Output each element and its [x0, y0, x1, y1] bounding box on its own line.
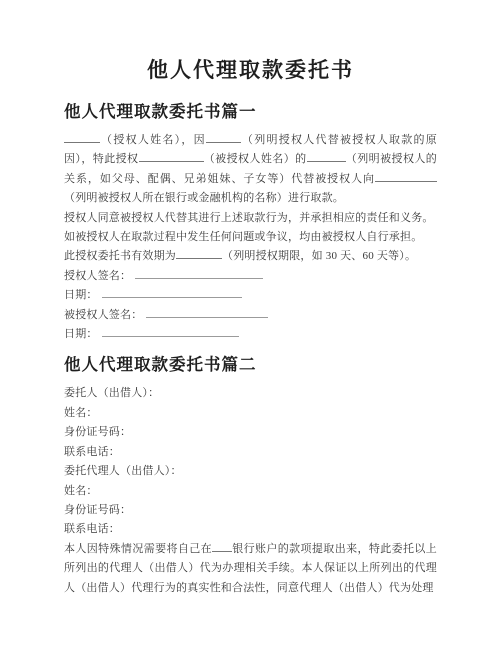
- signature-row: 被授权人签名：: [64, 306, 437, 325]
- section-2: 他人代理取款委托书篇二 委托人（出借人）：姓名：身份证号码：联系电话：委托代理人…: [64, 351, 437, 597]
- paragraph: 本人因特殊情况需要将自己在银行账户的款项提取出来，特此委托以上所列出的代理人（出…: [64, 540, 437, 598]
- paragraph: 授权人同意被授权人代替其进行上述取款行为，并承担相应的责任和义务。: [64, 209, 437, 228]
- signature-line: [146, 307, 268, 317]
- field-label: 联系电话：: [64, 443, 437, 462]
- blank-fill-line: [206, 133, 241, 143]
- field-label: 身份证号码：: [64, 501, 437, 520]
- section-2-field-labels: 委托人（出借人）：姓名：身份证号码：联系电话：委托代理人（出借人）：姓名：身份证…: [64, 384, 437, 539]
- signature-label: 日期：: [64, 328, 98, 340]
- paragraph: 此授权委托书有效期为（列明授权期限，如 30 天、60 天等）。: [64, 247, 437, 266]
- field-label: 身份证号码：: [64, 423, 437, 442]
- blank-fill-line: [139, 152, 204, 162]
- section-2-heading: 他人代理取款委托书篇二: [64, 351, 437, 375]
- blank-fill-line: [212, 541, 232, 551]
- field-label: 联系电话：: [64, 520, 437, 539]
- section-1-signature-rows: 授权人签名：日期：被授权人签名：日期：: [64, 267, 437, 345]
- signature-line: [135, 269, 263, 279]
- field-label: 姓名：: [64, 482, 437, 501]
- signature-line: [102, 288, 242, 298]
- blank-fill-line: [176, 249, 222, 259]
- signature-row: 日期：: [64, 286, 437, 305]
- section-1: 他人代理取款委托书篇一 （授权人姓名），因（列明授权人代替被授权人取款的原因），…: [64, 98, 437, 344]
- signature-row: 日期：: [64, 325, 437, 344]
- document-content: 他人代理取款委托书 他人代理取款委托书篇一 （授权人姓名），因（列明授权人代替被…: [0, 0, 500, 598]
- section-2-paragraphs: 本人因特殊情况需要将自己在银行账户的款项提取出来，特此委托以上所列出的代理人（出…: [64, 540, 437, 598]
- blank-fill-line: [307, 152, 346, 162]
- field-label: 委托代理人（出借人）：: [64, 462, 437, 481]
- blank-fill-line: [375, 171, 437, 181]
- paragraph: （授权人姓名），因（列明授权人代替被授权人取款的原因），特此授权（被授权人姓名）…: [64, 131, 437, 209]
- signature-row: 授权人签名：: [64, 267, 437, 286]
- signature-label: 授权人签名：: [64, 270, 131, 282]
- signature-label: 日期：: [64, 289, 98, 301]
- document-page: 他人代理取款委托书 他人代理取款委托书篇一 （授权人姓名），因（列明授权人代替被…: [0, 0, 500, 647]
- signature-label: 被授权人签名：: [64, 309, 142, 321]
- section-1-paragraphs: （授权人姓名），因（列明授权人代替被授权人取款的原因），特此授权（被授权人姓名）…: [64, 131, 437, 267]
- signature-line: [102, 327, 239, 337]
- document-title: 他人代理取款委托书: [64, 54, 437, 84]
- paragraph: 如被授权人在取款过程中发生任何问题或争议，均由被授权人自行承担。: [64, 228, 437, 247]
- blank-fill-line: [64, 133, 100, 143]
- field-label: 委托人（出借人）：: [64, 384, 437, 403]
- section-1-heading: 他人代理取款委托书篇一: [64, 98, 437, 122]
- field-label: 姓名：: [64, 404, 437, 423]
